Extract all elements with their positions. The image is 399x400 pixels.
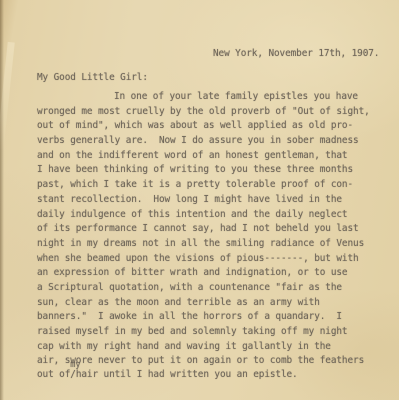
letter-line: daily indulgence of this intention and t… <box>37 208 387 223</box>
last-line-before: out of <box>37 369 70 380</box>
letter-line: raised myself in my bed and solemnly tak… <box>37 325 387 340</box>
inserted-word: my <box>70 361 80 370</box>
last-line-after: hair until I had written you an epistle. <box>76 369 298 380</box>
letter-line: and on the indifferent word of an honest… <box>37 149 387 164</box>
letter-line: an expression of bitter wrath and indign… <box>37 266 387 281</box>
letter-line: past, which I take it is a pretty tolera… <box>37 178 387 193</box>
letter-line: night in my dreams not in all the smilin… <box>37 237 387 252</box>
letter-line: stant recollection. How long I might hav… <box>37 193 387 208</box>
letter-line: verbs generally are. Now I do assure you… <box>37 134 387 149</box>
letter-line: air, swore never to put it on again or t… <box>37 354 387 369</box>
insertion-caret: my/ <box>70 368 76 383</box>
letter-line: I have been thinking of writing to you t… <box>37 163 387 178</box>
letter-body: In one of your late family epistles you … <box>37 90 387 369</box>
letter-line: wronged me most cruelly by the old prove… <box>37 105 387 120</box>
dateline: New York, November 17th, 1907. <box>213 48 379 59</box>
letter-line: when she beamed upon the visions of piou… <box>37 252 387 267</box>
letter-line: banners." I awoke in all the horrors of … <box>37 310 387 325</box>
letter-line: sun, clear as the moon and terrible as a… <box>37 296 387 311</box>
paper-left-edge-shadow <box>0 0 4 400</box>
letter-line: In one of your late family epistles you … <box>37 90 387 105</box>
letter-line: cap with my right hand and waving it gal… <box>37 340 387 355</box>
caret-slash: / <box>70 369 76 380</box>
letter-line: of its performance I cannot say, had I n… <box>37 222 387 237</box>
letter-line: a Scriptural quotation, with a countenan… <box>37 281 387 296</box>
salutation: My Good Little Girl: <box>37 72 148 83</box>
letter-paper: New York, November 17th, 1907. My Good L… <box>0 0 399 400</box>
letter-line: out of mind", which was about as well ap… <box>37 119 387 134</box>
letter-last-line: out ofmy/hair until I had written you an… <box>37 368 298 383</box>
